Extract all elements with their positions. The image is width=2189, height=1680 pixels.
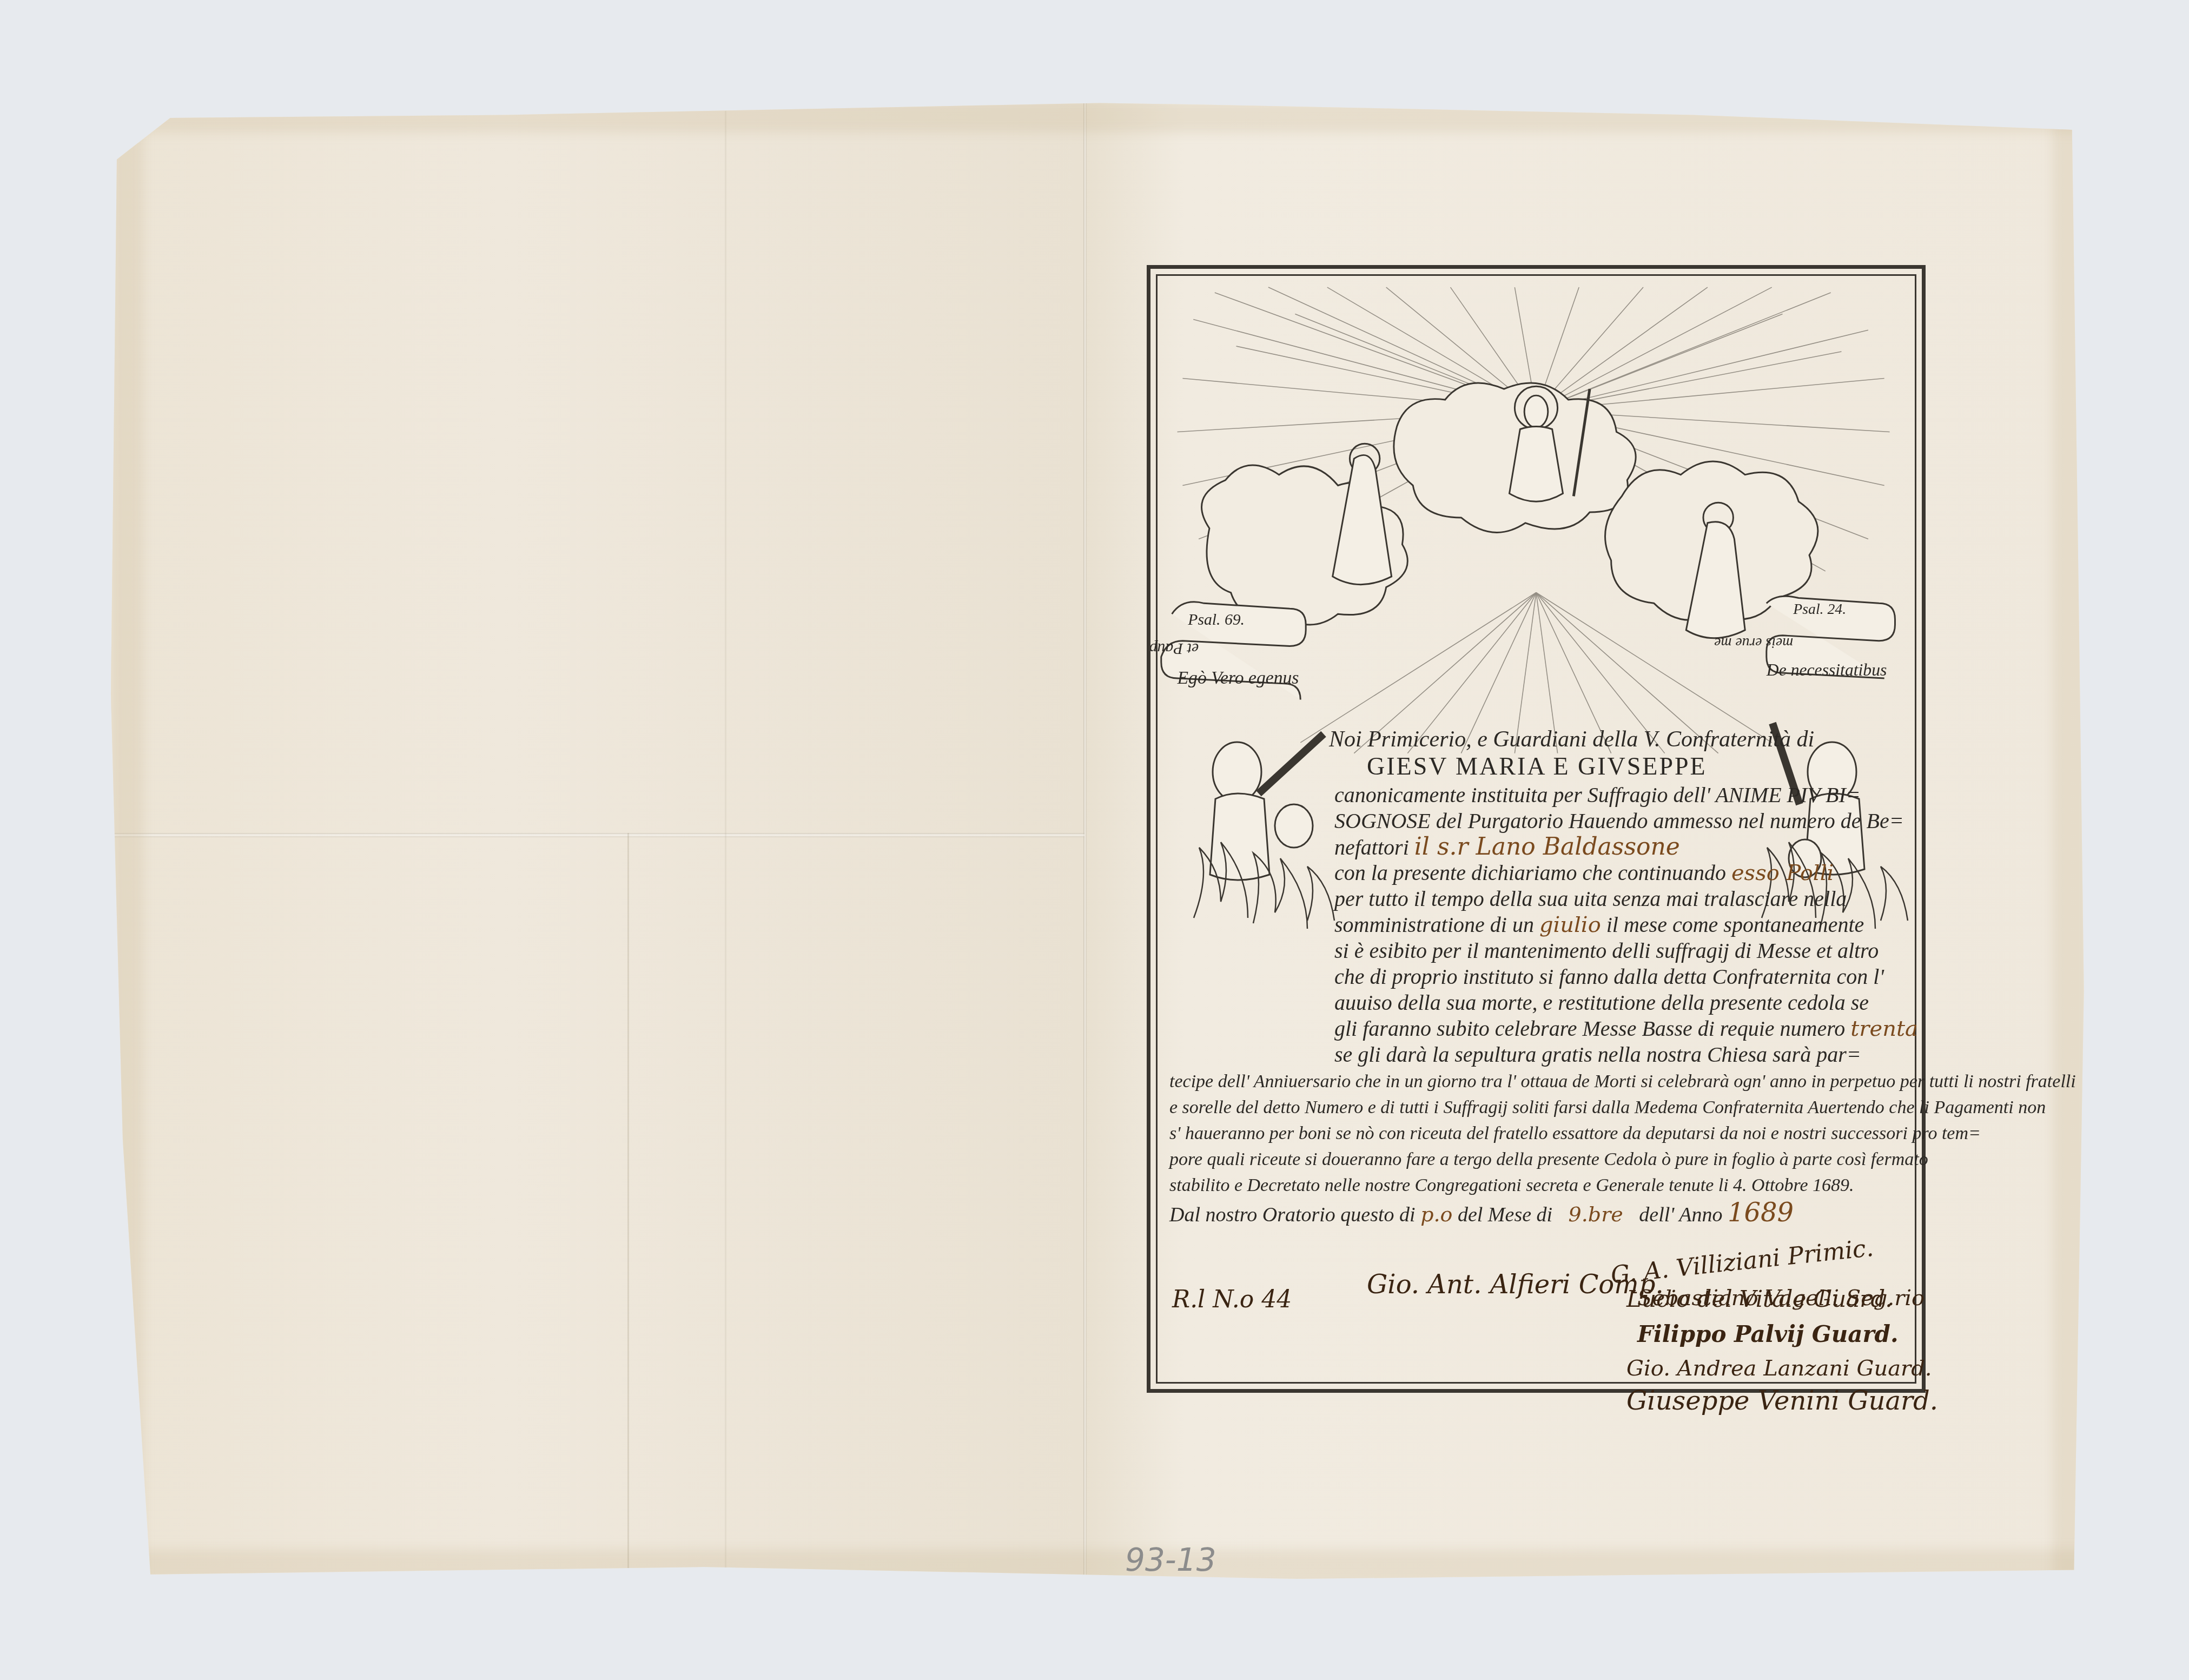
- body-line-18: stabilito e Decretato nelle nostre Congr…: [1169, 1172, 1854, 1199]
- svg-text:meis erue me: meis erue me: [1714, 635, 1793, 652]
- horizontal-fold: [111, 833, 1084, 837]
- body-line-13: se gli darà la sepultura gratis nella no…: [1334, 1041, 1861, 1068]
- svg-text:et Pauper sum.: et Pauper sum.: [1150, 640, 1199, 657]
- edge-discoloration: [111, 100, 2088, 133]
- date-year-label: dell' Anno: [1639, 1203, 1722, 1226]
- edge-discoloration: [111, 100, 143, 1585]
- date-month-label: del Mese di: [1458, 1203, 1552, 1226]
- body-line-3: canonicamente instituita per Suffragio d…: [1334, 782, 1861, 809]
- edge-discoloration: [111, 1550, 2088, 1588]
- body-line-8-suffix: il mese come spontaneamente: [1606, 912, 1864, 937]
- body-line-1: Noi Primicerio, e Guardiani della V. Con…: [1329, 726, 1814, 753]
- signature-guardian-4: Giuseppe Venini Guard.: [1626, 1386, 1938, 1416]
- svg-text:De necessitatibus: De necessitatibus: [1766, 660, 1887, 679]
- body-line-4: SOGNOSE del Purgatorio Hauendo ammesso n…: [1334, 808, 1904, 835]
- crease-line: [627, 833, 629, 1579]
- body-line-8-text: somministratione di un: [1334, 912, 1534, 937]
- benefactors-label: nefattori: [1334, 835, 1409, 859]
- body-line-5: nefattori il s.r Lano Baldassone: [1334, 834, 1680, 861]
- confraternity-title: GIESV MARIA E GIVSEPPE: [1367, 752, 1707, 781]
- svg-text:Psal. 24.: Psal. 24.: [1793, 600, 1846, 617]
- date-day-handwritten: p.o: [1420, 1202, 1452, 1226]
- body-line-6: con la presente dichiariamo che continua…: [1334, 859, 1834, 887]
- archive-pencil-number: 93-13: [1125, 1542, 1216, 1578]
- crease-line: [725, 111, 726, 1571]
- body-line-12: gli faranno subito celebrare Messe Basse…: [1334, 1015, 1918, 1042]
- body-line-15: e sorelle del detto Numero e di tutti i …: [1169, 1094, 2046, 1121]
- center-fold: [1083, 100, 1087, 1585]
- signature-secretary: Gio. Ant. Alfieri Comp.: [1367, 1269, 1664, 1300]
- handwritten-mass-count: trenta: [1850, 1016, 1918, 1041]
- date-prefix: Dal nostro Oratorio questo di: [1169, 1203, 1416, 1226]
- body-line-8: somministratione di un giulio il mese co…: [1334, 911, 1864, 938]
- body-line-12-text: gli faranno subito celebrare Messe Basse…: [1334, 1016, 1845, 1041]
- signature-chancellor: Sebastiano Vagelli Seg.rio: [1637, 1286, 1925, 1311]
- body-line-10: che di proprio instituto si fanno dalla …: [1334, 963, 1884, 990]
- date-year-handwritten: 1689: [1728, 1198, 1794, 1228]
- left-souls-in-flames-illustration: [1183, 723, 1345, 929]
- svg-text:Psal. 69.: Psal. 69.: [1187, 611, 1245, 629]
- body-line-11: auuiso della sua morte, e restitutione d…: [1334, 989, 1869, 1016]
- svg-text:Egò Vero egenus: Egò Vero egenus: [1177, 668, 1299, 688]
- left-banner: Psal. 69. et Pauper sum. Egò Vero egenus: [1150, 602, 1306, 700]
- benefactor-name-handwritten: il s.r Lano Baldassone: [1414, 833, 1680, 861]
- registration-number: R.l N.o 44: [1172, 1286, 1292, 1313]
- glory-scene-illustration: Psal. 69. et Pauper sum. Egò Vero egenus…: [1150, 269, 1922, 756]
- engraved-plate: Psal. 69. et Pauper sum. Egò Vero egenus…: [1147, 265, 1926, 1393]
- signature-guardian-2: Filippo Palvij Guard.: [1637, 1321, 1899, 1347]
- date-month-handwritten: 9.bre: [1569, 1202, 1623, 1226]
- body-line-7: per tutto il tempo della sua uita senza …: [1334, 885, 1847, 912]
- left-blank-leaf: [111, 100, 1084, 1585]
- body-line-9: si è esibito per il mantenimento delli s…: [1334, 937, 1879, 964]
- signature-guardian-3: Gio. Andrea Lanzani Guard.: [1626, 1356, 1932, 1381]
- date-line: Dal nostro Oratorio questo di p.o del Me…: [1169, 1199, 1794, 1228]
- handwritten-insert: esso Polli: [1731, 861, 1834, 885]
- body-line-16: s' haueranno per boni se nò con riceuta …: [1169, 1120, 1981, 1147]
- body-line-17: pore quali riceute si doueranno fare a t…: [1169, 1146, 1928, 1173]
- body-line-14: tecipe dell' Anniuersario che in un gior…: [1169, 1068, 2076, 1095]
- edge-discoloration: [2053, 100, 2091, 1585]
- handwritten-amount: giulio: [1539, 912, 1601, 937]
- registration-text: R.l N.o 44: [1172, 1286, 1292, 1313]
- body-line-6-text: con la presente dichiariamo che continua…: [1334, 861, 1726, 885]
